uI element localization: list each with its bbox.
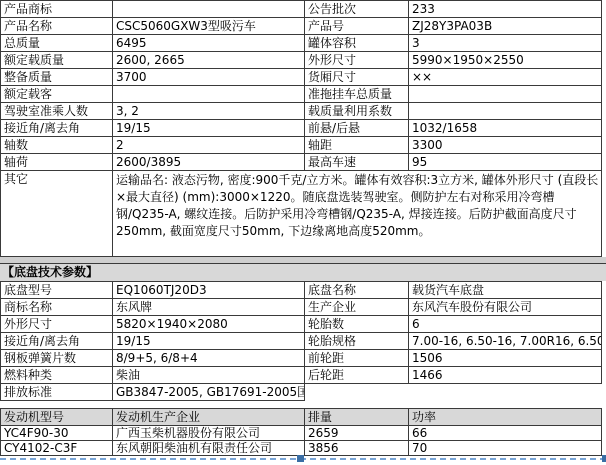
field-label: 外形尺寸 — [305, 52, 409, 69]
field-label: 驾驶室准乘人数 — [1, 103, 113, 120]
table-gap — [0, 401, 606, 408]
table-row: 总质量 6495 罐体容积 3 — [1, 35, 602, 52]
field-label: 载质量利用系数 — [305, 103, 409, 120]
engine-cell: 广西玉柴机器股份有限公司 — [113, 426, 305, 441]
field-label: 最高车速 — [305, 154, 409, 171]
table-row: 轴荷 2600/3895 最高车速 95 — [1, 154, 602, 171]
section-header-title: 【底盘技术参数】 — [2, 265, 98, 279]
field-label: 底盘型号 — [1, 282, 113, 299]
chassis-table: 底盘型号 EQ1060TJ20D3 底盘名称 载货汽车底盘 商标名称 东风牌 生… — [0, 281, 602, 401]
field-value: 5990×1950×2550 — [409, 52, 602, 69]
field-label: 底盘名称 — [305, 282, 409, 299]
field-value: 2600/3895 — [113, 154, 305, 171]
field-value: 2600, 2665 — [113, 52, 305, 69]
table-row: 额定载客 准拖挂车总质量 — [1, 86, 602, 103]
field-value: CSC5060GXW3型吸污车 — [113, 18, 305, 35]
engine-row: YC4F90-30 广西玉柴机器股份有限公司 2659 66 — [1, 426, 602, 441]
table-row: 额定载质量 2600, 2665 外形尺寸 5990×1950×2550 — [1, 52, 602, 69]
engine-header-cell: 发动机型号 — [1, 409, 113, 426]
field-label: 其它 — [1, 171, 113, 257]
table-row: 接近角/离去角 19/15 轮胎规格 7.00-16, 6.50-16, 7.0… — [1, 333, 602, 350]
field-value: 载货汽车底盘 — [409, 282, 602, 299]
field-value: 东风汽车股份有限公司 — [409, 299, 602, 316]
main-spec-table: 产品商标 公告批次 233 产品名称 CSC5060GXW3型吸污车 产品号 Z… — [0, 0, 602, 257]
field-label: 轴数 — [1, 137, 113, 154]
engine-header-row: 发动机型号 发动机生产企业 排量 功率 — [1, 409, 602, 426]
field-label: 公告批次 — [305, 1, 409, 18]
field-value: 5820×1940×2080 — [113, 316, 305, 333]
engine-cell: 70 — [409, 441, 602, 456]
table-row: 外形尺寸 5820×1940×2080 轮胎数 6 — [1, 316, 602, 333]
field-value: EQ1060TJ20D3 — [113, 282, 305, 299]
field-value: 95 — [409, 154, 602, 171]
field-value: 1506 — [409, 350, 602, 367]
table-row: 产品商标 公告批次 233 — [1, 1, 602, 18]
emission-row: 排放标准 GB3847-2005, GB17691-2005国III — [1, 384, 602, 401]
field-value — [113, 86, 305, 103]
field-label: 商标名称 — [1, 299, 113, 316]
field-label: 轮胎数 — [305, 316, 409, 333]
table-row: 商标名称 东风牌 生产企业 东风汽车股份有限公司 — [1, 299, 602, 316]
field-value: 8/9+5, 6/8+4 — [113, 350, 305, 367]
field-label: 外形尺寸 — [1, 316, 113, 333]
field-value: 2 — [113, 137, 305, 154]
field-label: 罐体容积 — [305, 35, 409, 52]
field-label: 接近角/离去角 — [1, 333, 113, 350]
table-row: 接近角/离去角 19/15 前悬/后悬 1032/1658 — [1, 120, 602, 137]
engine-row: CY4102-C3F 东风朝阳柴油机有限责任公司 3856 70 — [1, 441, 602, 456]
field-label: 排放标准 — [1, 384, 113, 401]
field-label: 生产企业 — [305, 299, 409, 316]
field-label: 额定载客 — [1, 86, 113, 103]
field-value: 3700 — [113, 69, 305, 86]
engine-cell: 3856 — [305, 441, 409, 456]
other-notes-text: 运输品名: 液态污物, 密度:900千克/立方米。罐体有效容积:3立方米, 罐体… — [113, 171, 602, 257]
engine-cell: 东风朝阳柴油机有限责任公司 — [113, 441, 305, 456]
engine-header-cell: 功率 — [409, 409, 602, 426]
table-row: 燃料种类 柴油 后轮距 1466 — [1, 367, 602, 384]
field-value: 233 — [409, 1, 602, 18]
field-label: 燃料种类 — [1, 367, 113, 384]
section-header-bar: 【底盘技术参数】 — [0, 263, 606, 281]
field-value: 3300 — [409, 137, 602, 154]
field-label: 整备质量 — [1, 69, 113, 86]
field-value — [113, 1, 305, 18]
engine-cell: YC4F90-30 — [1, 426, 113, 441]
table-row: 产品名称 CSC5060GXW3型吸污车 产品号 ZJ28Y3PA03B — [1, 18, 602, 35]
field-label: 轮胎规格 — [305, 333, 409, 350]
field-label: 后轮距 — [305, 367, 409, 384]
field-value — [409, 103, 602, 120]
table-row: 钢板弹簧片数 8/9+5, 6/8+4 前轮距 1506 — [1, 350, 602, 367]
field-label: 总质量 — [1, 35, 113, 52]
field-value — [409, 86, 602, 103]
field-value: 6495 — [113, 35, 305, 52]
field-label: 产品号 — [305, 18, 409, 35]
table-row: 底盘型号 EQ1060TJ20D3 底盘名称 载货汽车底盘 — [1, 282, 602, 299]
field-value: 1032/1658 — [409, 120, 602, 137]
field-label: 额定载质量 — [1, 52, 113, 69]
field-label: 钢板弹簧片数 — [1, 350, 113, 367]
engine-cell: 66 — [409, 426, 602, 441]
field-label: 货厢尺寸 — [305, 69, 409, 86]
field-label: 前悬/后悬 — [305, 120, 409, 137]
field-label: 产品名称 — [1, 18, 113, 35]
field-value: ZJ28Y3PA03B — [409, 18, 602, 35]
field-value: 6 — [409, 316, 602, 333]
field-value: ×× — [409, 69, 602, 86]
field-label: 轴距 — [305, 137, 409, 154]
field-value: 3 — [409, 35, 602, 52]
field-value: 1466 — [409, 367, 602, 384]
field-label: 准拖挂车总质量 — [305, 86, 409, 103]
selection-handle-right[interactable] — [602, 455, 606, 462]
engine-cell: 2659 — [305, 426, 409, 441]
spec-announcement-page: 产品商标 公告批次 233 产品名称 CSC5060GXW3型吸污车 产品号 Z… — [0, 0, 606, 465]
field-label: 产品商标 — [1, 1, 113, 18]
field-value: 7.00-16, 6.50-16, 7.00R16, 6.50R16 — [409, 333, 602, 350]
engine-header-cell: 发动机生产企业 — [113, 409, 305, 426]
field-value: GB3847-2005, GB17691-2005国III — [113, 384, 305, 401]
field-label: 轴荷 — [1, 154, 113, 171]
field-value: 19/15 — [113, 120, 305, 137]
table-row: 轴数 2 轴距 3300 — [1, 137, 602, 154]
engine-cell: CY4102-C3F — [1, 441, 113, 456]
other-notes-row: 其它 运输品名: 液态污物, 密度:900千克/立方米。罐体有效容积:3立方米,… — [1, 171, 602, 257]
selection-handle-center[interactable] — [297, 455, 304, 462]
engine-header-cell: 排量 — [305, 409, 409, 426]
field-label: 前轮距 — [305, 350, 409, 367]
field-label: 接近角/离去角 — [1, 120, 113, 137]
field-value: 东风牌 — [113, 299, 305, 316]
field-value: 19/15 — [113, 333, 305, 350]
table-row: 整备质量 3700 货厢尺寸 ×× — [1, 69, 602, 86]
table-row: 驾驶室准乘人数 3, 2 载质量利用系数 — [1, 103, 602, 120]
engine-table: 发动机型号 发动机生产企业 排量 功率 YC4F90-30 广西玉柴机器股份有限… — [0, 408, 602, 456]
field-value: 3, 2 — [113, 103, 305, 120]
field-value: 柴油 — [113, 367, 305, 384]
